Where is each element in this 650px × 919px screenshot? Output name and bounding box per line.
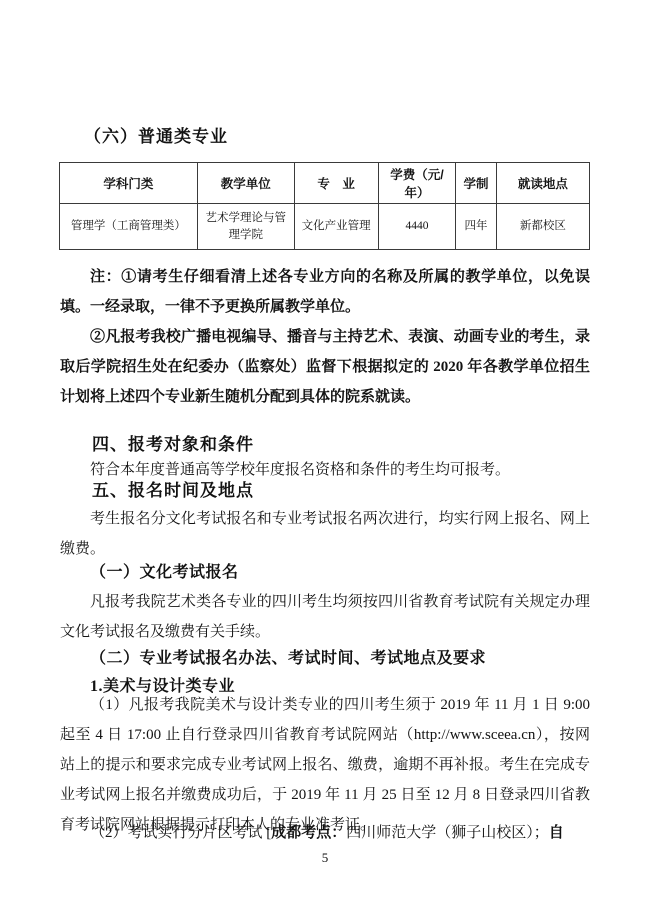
cell-location: 新都校区 (496, 204, 589, 250)
section5-heading: 五、报名时间及地点 (60, 480, 590, 502)
text-segment: 四川师范大学（狮子山校区）； (346, 825, 549, 841)
col-header-location: 就读地点 (496, 163, 589, 204)
subsection1-heading: （一）文化考试报名 (60, 560, 590, 586)
section5-intro: 考生报名分文化考试报名和专业考试报名两次进行，均实行网上报名、网上缴费。 (60, 504, 590, 564)
bold-text-segment: 自 (549, 825, 564, 841)
cell-teaching-unit: 艺术学理论与管理学院 (197, 204, 294, 250)
section6-heading: （六）普通类专业 (84, 127, 590, 147)
col-header-duration: 学制 (456, 163, 496, 204)
col-header-major: 专 业 (294, 163, 378, 204)
subsection2-heading: （二）专业考试报名办法、考试时间、考试地点及要求 (60, 646, 590, 672)
section4-heading: 四、报考对象和条件 (60, 434, 590, 456)
table-row: 管理学（工商管理类） 艺术学理论与管理学院 文化产业管理 4440 四年 新都校… (60, 204, 590, 250)
item1-paragraph2: （2）考试实行分片区考试 [成都考点：四川师范大学（狮子山校区）；自 (60, 818, 590, 848)
text-segment: （2）考试实行分片区考试 [ (90, 825, 271, 841)
majors-table: 学科门类 教学单位 专 业 学费（元/年） 学制 就读地点 管理学（工商管理类）… (59, 162, 590, 250)
cell-discipline: 管理学（工商管理类） (60, 204, 198, 250)
table-header-row: 学科门类 教学单位 专 业 学费（元/年） 学制 就读地点 (60, 163, 590, 204)
page-number: 5 (0, 850, 650, 866)
col-header-tuition: 学费（元/年） (378, 163, 456, 204)
note-paragraph-1: 注：①请考生仔细看清上述各专业方向的名称及所属的教学单位，以免误填。一经录取，一… (60, 262, 590, 322)
cell-tuition: 4440 (378, 204, 456, 250)
document-page: （六）普通类专业 学科门类 教学单位 专 业 学费（元/年） 学制 就读地点 管… (0, 0, 650, 919)
col-header-discipline: 学科门类 (60, 163, 198, 204)
cell-major: 文化产业管理 (294, 204, 378, 250)
cell-duration: 四年 (456, 204, 496, 250)
subsection1-body: 凡报考我院艺术类各专业的四川考生均须按四川省教育考试院有关规定办理文化考试报名及… (60, 587, 590, 647)
bold-text-segment: 成都考点： (271, 825, 346, 841)
col-header-teaching-unit: 教学单位 (197, 163, 294, 204)
note-paragraph-2: ②凡报考我校广播电视编导、播音与主持艺术、表演、动画专业的考生，录取后学院招生处… (60, 322, 590, 412)
